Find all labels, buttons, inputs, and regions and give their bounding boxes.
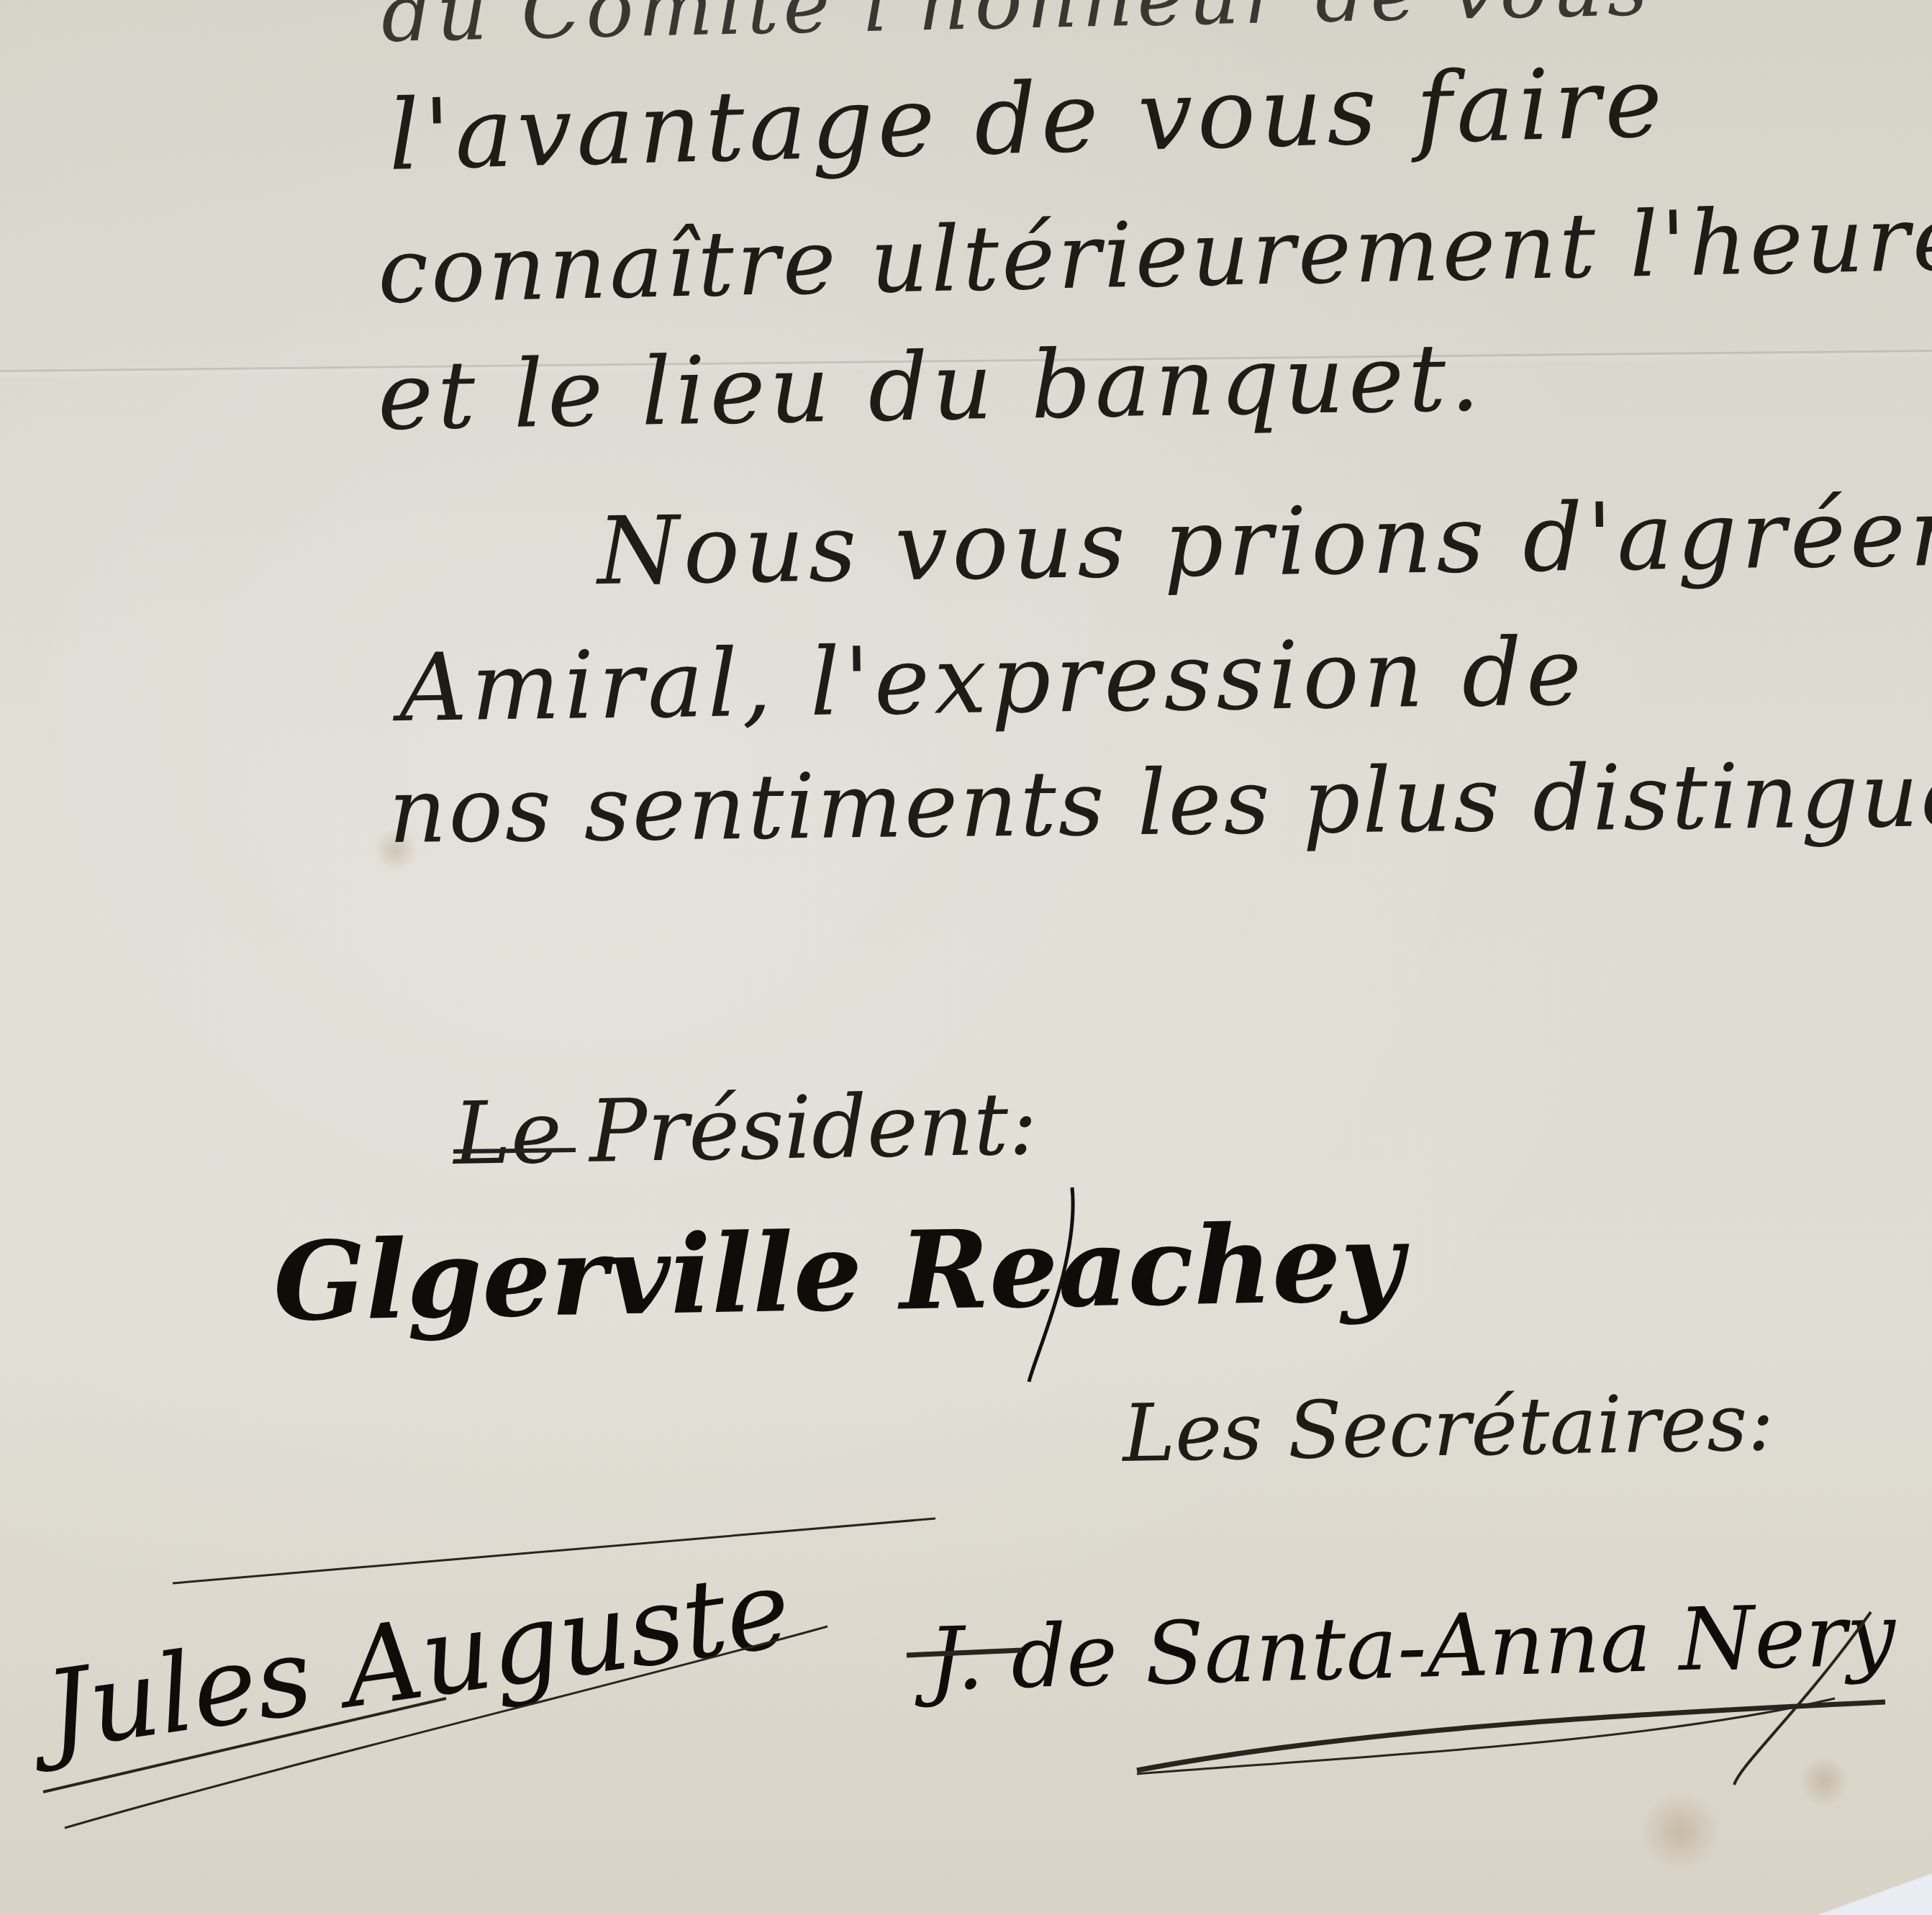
president-label: Le Président:: [453, 1074, 1038, 1185]
paper-stain: [1641, 1792, 1720, 1871]
letter-line: Amiral, l'expression de: [399, 617, 1587, 743]
letter-line: Nous vous prions d'agréer,: [597, 477, 1932, 606]
paper-corner-torn: [1817, 1872, 1932, 1915]
president-signature: Glgerville Reachey: [273, 1199, 1405, 1345]
letter-line: et le lieu du banquet.: [377, 322, 1485, 451]
secretaries-label: Les Secrétaires:: [1122, 1376, 1775, 1480]
letter-line: nos sentiments les plus distingués.: [388, 742, 1932, 864]
paper-stain: [1799, 1756, 1849, 1806]
